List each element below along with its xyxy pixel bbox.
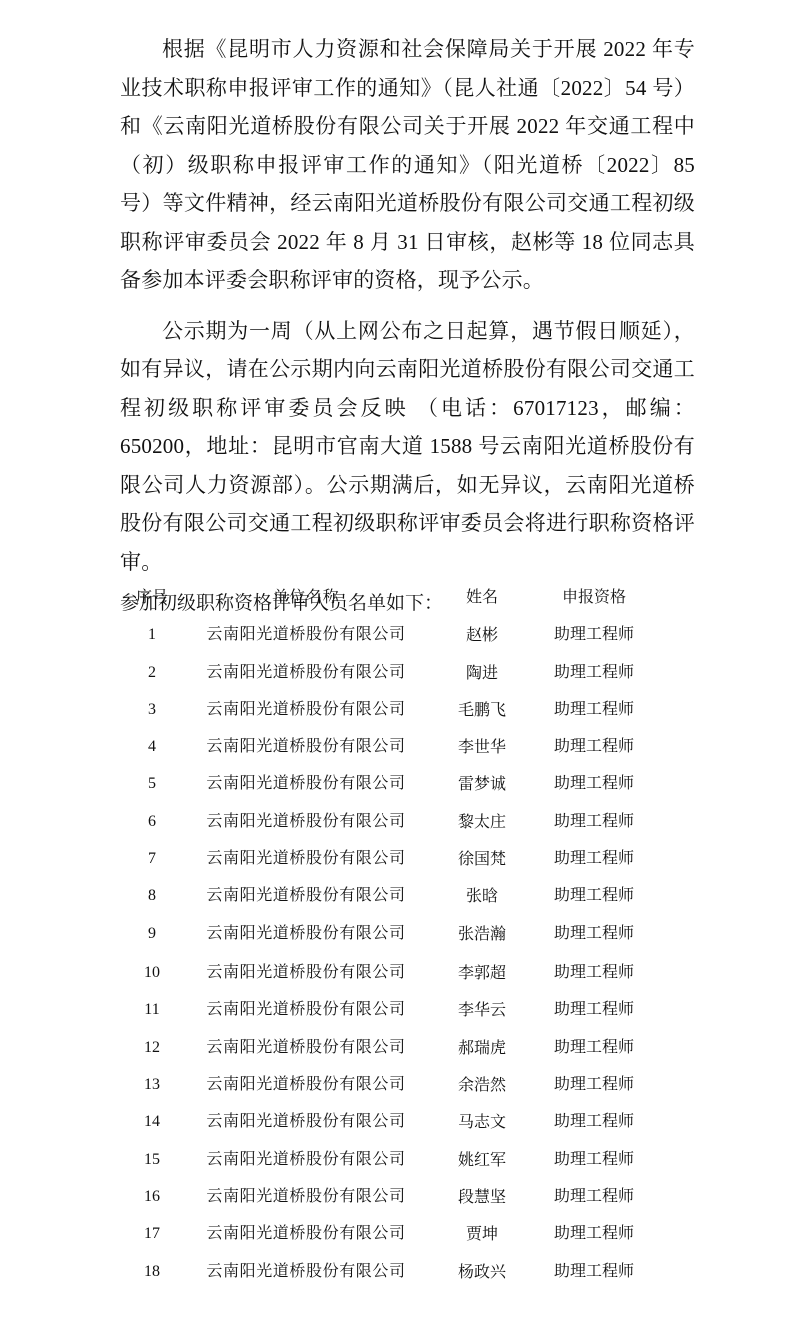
cell-unit: 云南阳光道桥股份有限公司 — [206, 995, 405, 1025]
header-unit: 单位名称 — [273, 583, 339, 613]
cell-qualification: 助理工程师 — [554, 695, 634, 725]
table-row: 8云南阳光道桥股份有限公司张晗助理工程师 — [120, 881, 680, 918]
cell-seq: 17 — [144, 1219, 160, 1249]
table-row: 5云南阳光道桥股份有限公司雷梦诚助理工程师 — [120, 769, 680, 806]
table-header-row: 序号 单位名称 姓名 申报资格 — [120, 583, 680, 620]
cell-seq: 5 — [148, 769, 156, 799]
cell-seq: 6 — [148, 807, 156, 837]
cell-name: 李华云 — [458, 995, 506, 1025]
paragraph-basis: 根据《昆明市人力资源和社会保障局关于开展 2022 年专业技术职称申报评审工作的… — [120, 30, 695, 300]
cell-unit: 云南阳光道桥股份有限公司 — [206, 958, 405, 988]
cell-qualification: 助理工程师 — [554, 1145, 634, 1175]
table-row: 1云南阳光道桥股份有限公司赵彬助理工程师 — [120, 620, 680, 657]
cell-qualification: 助理工程师 — [554, 958, 634, 988]
cell-name: 姚红军 — [458, 1145, 506, 1175]
cell-qualification: 助理工程师 — [554, 620, 634, 650]
cell-name: 段慧坚 — [458, 1182, 506, 1212]
cell-qualification: 助理工程师 — [554, 844, 634, 874]
table-row: 4云南阳光道桥股份有限公司李世华助理工程师 — [120, 732, 680, 769]
cell-name: 赵彬 — [466, 620, 498, 650]
cell-name: 郝瑞虎 — [458, 1033, 506, 1063]
cell-unit: 云南阳光道桥股份有限公司 — [206, 1070, 405, 1100]
cell-seq: 15 — [144, 1145, 160, 1175]
cell-qualification: 助理工程师 — [554, 881, 634, 911]
cell-name: 李郭超 — [458, 958, 506, 988]
cell-seq: 1 — [148, 620, 156, 650]
cell-qualification: 助理工程师 — [554, 1033, 634, 1063]
table-row: 17云南阳光道桥股份有限公司贾坤助理工程师 — [120, 1219, 680, 1256]
cell-seq: 10 — [144, 958, 160, 988]
cell-seq: 3 — [148, 695, 156, 725]
cell-unit: 云南阳光道桥股份有限公司 — [206, 695, 405, 725]
paragraph-publicity-period: 公示期为一周（从上网公布之日起算，遇节假日顺延），如有异议，请在公示期内向云南阳… — [120, 312, 695, 582]
cell-unit: 云南阳光道桥股份有限公司 — [206, 919, 405, 949]
cell-unit: 云南阳光道桥股份有限公司 — [206, 769, 405, 799]
cell-seq: 12 — [144, 1033, 160, 1063]
table-row: 15云南阳光道桥股份有限公司姚红军助理工程师 — [120, 1145, 680, 1182]
cell-seq: 13 — [144, 1070, 160, 1100]
cell-unit: 云南阳光道桥股份有限公司 — [206, 844, 405, 874]
cell-seq: 9 — [148, 919, 156, 949]
table-row: 3云南阳光道桥股份有限公司毛鹏飞助理工程师 — [120, 695, 680, 732]
cell-qualification: 助理工程师 — [554, 658, 634, 688]
cell-unit: 云南阳光道桥股份有限公司 — [206, 1219, 405, 1249]
cell-seq: 18 — [144, 1257, 160, 1287]
cell-name: 张晗 — [466, 881, 498, 911]
cell-name: 毛鹏飞 — [458, 695, 506, 725]
cell-qualification: 助理工程师 — [554, 1107, 634, 1137]
header-qualification: 申报资格 — [562, 583, 626, 613]
cell-qualification: 助理工程师 — [554, 732, 634, 762]
cell-qualification: 助理工程师 — [554, 807, 634, 837]
table-row: 6云南阳光道桥股份有限公司黎太庄助理工程师 — [120, 807, 680, 844]
cell-qualification: 助理工程师 — [554, 995, 634, 1025]
cell-unit: 云南阳光道桥股份有限公司 — [206, 620, 405, 650]
header-seq: 序号 — [136, 583, 168, 613]
cell-name: 黎太庄 — [458, 807, 506, 837]
table-row: 10云南阳光道桥股份有限公司李郭超助理工程师 — [120, 958, 680, 995]
table-row: 9云南阳光道桥股份有限公司张浩瀚助理工程师 — [120, 919, 680, 959]
cell-unit: 云南阳光道桥股份有限公司 — [206, 1033, 405, 1063]
cell-seq: 2 — [148, 658, 156, 688]
cell-unit: 云南阳光道桥股份有限公司 — [206, 732, 405, 762]
cell-unit: 云南阳光道桥股份有限公司 — [206, 807, 405, 837]
table-row: 2云南阳光道桥股份有限公司陶进助理工程师 — [120, 658, 680, 695]
table-row: 16云南阳光道桥股份有限公司段慧坚助理工程师 — [120, 1182, 680, 1219]
cell-unit: 云南阳光道桥股份有限公司 — [206, 1257, 405, 1287]
notice-body: 根据《昆明市人力资源和社会保障局关于开展 2022 年专业技术职称申报评审工作的… — [120, 30, 695, 619]
cell-qualification: 助理工程师 — [554, 1219, 634, 1249]
cell-qualification: 助理工程师 — [554, 1070, 634, 1100]
cell-name: 余浩然 — [458, 1070, 506, 1100]
header-name: 姓名 — [466, 583, 498, 613]
candidate-table: 序号 单位名称 姓名 申报资格 1云南阳光道桥股份有限公司赵彬助理工程师2云南阳… — [120, 583, 680, 1294]
cell-name: 马志文 — [458, 1107, 506, 1137]
table-row: 7云南阳光道桥股份有限公司徐国梵助理工程师 — [120, 844, 680, 881]
cell-qualification: 助理工程师 — [554, 769, 634, 799]
cell-qualification: 助理工程师 — [554, 1257, 634, 1287]
cell-seq: 8 — [148, 881, 156, 911]
cell-name: 陶进 — [466, 658, 498, 688]
cell-name: 贾坤 — [466, 1219, 498, 1249]
cell-qualification: 助理工程师 — [554, 1182, 634, 1212]
cell-unit: 云南阳光道桥股份有限公司 — [206, 1182, 405, 1212]
cell-unit: 云南阳光道桥股份有限公司 — [206, 1107, 405, 1137]
table-body: 1云南阳光道桥股份有限公司赵彬助理工程师2云南阳光道桥股份有限公司陶进助理工程师… — [120, 620, 680, 1294]
table-row: 13云南阳光道桥股份有限公司余浩然助理工程师 — [120, 1070, 680, 1107]
cell-qualification: 助理工程师 — [554, 919, 634, 949]
cell-unit: 云南阳光道桥股份有限公司 — [206, 1145, 405, 1175]
cell-name: 张浩瀚 — [458, 919, 506, 949]
cell-name: 杨政兴 — [458, 1257, 506, 1287]
cell-seq: 4 — [148, 732, 156, 762]
cell-seq: 16 — [144, 1182, 160, 1212]
cell-name: 雷梦诚 — [458, 769, 506, 799]
cell-name: 李世华 — [458, 732, 506, 762]
cell-name: 徐国梵 — [458, 844, 506, 874]
cell-seq: 7 — [148, 844, 156, 874]
table-row: 12云南阳光道桥股份有限公司郝瑞虎助理工程师 — [120, 1033, 680, 1070]
cell-seq: 11 — [144, 995, 159, 1025]
table-row: 14云南阳光道桥股份有限公司马志文助理工程师 — [120, 1107, 680, 1144]
cell-seq: 14 — [144, 1107, 160, 1137]
table-row: 11云南阳光道桥股份有限公司李华云助理工程师 — [120, 995, 680, 1032]
cell-unit: 云南阳光道桥股份有限公司 — [206, 658, 405, 688]
cell-unit: 云南阳光道桥股份有限公司 — [206, 881, 405, 911]
table-row: 18云南阳光道桥股份有限公司杨政兴助理工程师 — [120, 1257, 680, 1294]
